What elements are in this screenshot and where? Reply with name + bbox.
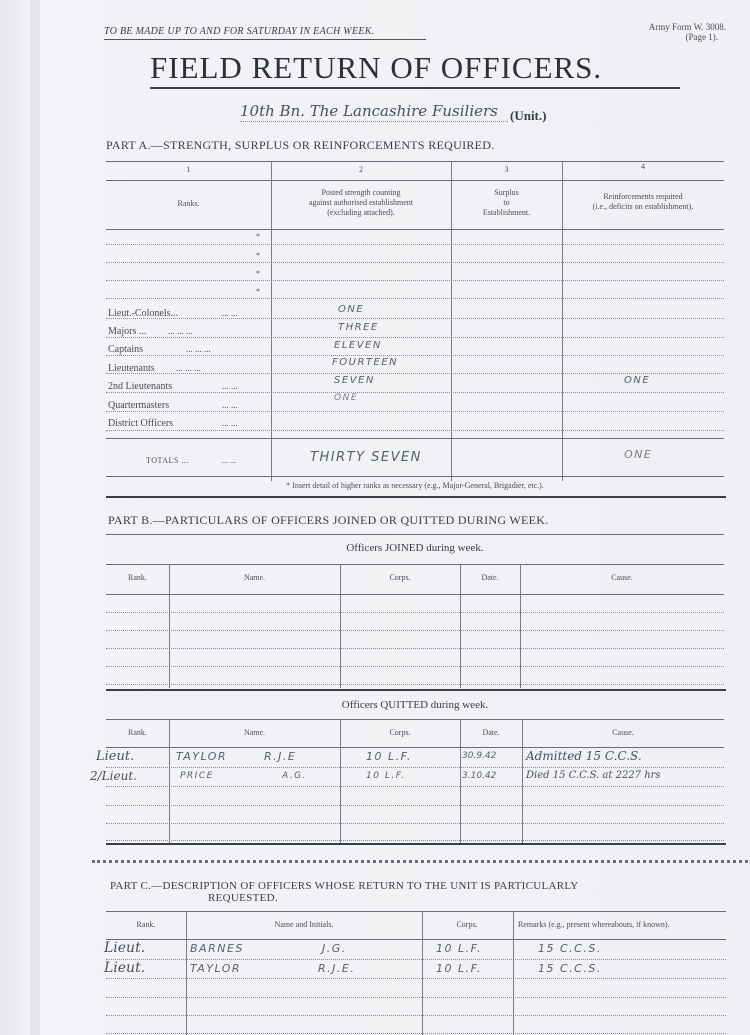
form-id-line2: (Page 1). [626,32,718,42]
part-c-row-line [106,997,726,998]
col-number-2: 2 [271,165,451,174]
row-dots [106,411,724,412]
rank-dots: ... ... [222,308,238,318]
quitted-name: PRICE [180,771,214,781]
joined-row-line [106,648,724,649]
quitted-row-line [106,840,724,841]
joined-header-rule [106,594,724,595]
quitted-cause: Died 15 C.C.S. at 2227 hrs [526,770,661,781]
form-id: Army Form W. 3008. (Page 1). [626,22,726,42]
joined-bottom-rule [106,689,726,691]
row-dots [106,298,724,299]
totals-top-rule [106,438,724,439]
page-title: FIELD RETURN OF OFFICERS. [150,50,602,86]
quitted-row-line [106,767,724,768]
quitted-initials: A.G. [282,771,307,781]
joined-vline [340,564,341,688]
col-number-4: 4 [562,162,724,171]
part-c-corps: 10 L.F. [436,942,482,955]
rank-dots: ... ... [222,381,238,391]
joined-row-line [106,630,724,631]
col-header-posted: Posted strength counting against authori… [271,188,451,218]
quitted-corps: 10 L.F. [366,771,406,781]
part-c-row-line [106,1033,726,1034]
posted-value: ELEVEN [334,340,382,351]
totals-bottom-rule [106,476,724,477]
posted-value: ONE [334,393,358,403]
form-page: TO BE MADE UP TO AND FOR SATURDAY IN EAC… [0,0,750,1035]
col-header-posted-line3: (excluding attached). [271,208,451,218]
quitted-col-date: Date. [460,728,522,737]
row-dots [106,318,724,319]
joined-row-line [106,612,724,613]
joined-row-line [106,666,724,667]
col-header-posted-line2: against authorised establishment [271,198,451,208]
quitted-col-name: Name. [169,728,340,737]
part-c-vline [186,911,187,1035]
quitted-vline [522,719,523,843]
quitted-vline [460,719,461,843]
part-c-row-line [106,1015,726,1016]
asterisk-4: * [256,287,260,296]
part-c-col-rank: Rank. [106,920,186,929]
row-dots [106,355,724,356]
unit-value: 10th Bn. The Lancashire Fusiliers [240,102,498,120]
part-c-name: TAYLOR [190,962,241,975]
part-c-col-name: Name and Initials. [186,920,422,929]
totals-label: TOTALS ... [146,456,189,465]
part-a-bottom-rule [106,496,726,498]
joined-col-name: Name. [169,573,340,582]
quitted-header-rule [106,747,724,748]
col-header-reinforcements: Reinforcements required (i.e., deficits … [562,192,724,212]
scan-streak [30,0,40,1035]
quitted-initials: R.J.E [264,750,296,763]
part-c-remarks: 15 C.C.S. [538,942,602,955]
form-id-line1: Army Form W. 3008. [626,22,726,32]
col-number-1: 1 [106,165,271,174]
part-a-vline-2 [451,161,452,481]
part-c-rank: Lieut. [104,940,145,956]
quitted-col-corps: Corps. [340,728,460,737]
part-b-top-rule [106,534,724,535]
joined-row-line [106,684,724,685]
row-dots [106,244,724,245]
part-c-heading-line2: REQUESTED. [208,892,579,904]
row-dots [106,392,724,393]
part-a-vline-3 [562,161,563,481]
totals-reinforcements-value: ONE [624,448,652,461]
asterisk-2: * [256,251,260,260]
rank-dots: ... ... [222,418,238,428]
quitted-vline [169,719,170,843]
posted-value: THREE [338,322,379,333]
rank-dots: ... ... ... [168,326,193,336]
quitted-vline [340,719,341,843]
asterisk-3: * [256,269,260,278]
unit-dotted-line [240,121,508,122]
rank-dots: ... ... [222,400,238,410]
quitted-bottom-rule [106,843,726,845]
col-number-3: 3 [451,165,562,174]
rank-label: 2nd Lieutenants [108,381,172,392]
reinforcements-value: ONE [624,375,650,386]
quitted-header-top-rule [106,719,724,720]
part-a-footnote: * Insert detail of higher ranks as neces… [106,481,724,490]
quitted-col-cause: Cause. [522,728,724,737]
unit-label: (Unit.) [510,108,546,124]
part-c-vline [513,911,514,1035]
totals-posted-value: THIRTY SEVEN [310,450,422,465]
row-dots [106,337,724,338]
instruction-text: TO BE MADE UP TO AND FOR SATURDAY IN EAC… [104,26,375,37]
part-c-heading-line1: PART C.—DESCRIPTION OF OFFICERS WHOSE RE… [110,880,579,892]
title-underline [150,87,680,89]
rank-label: Captains [108,344,143,355]
asterisk-1: * [256,232,260,241]
quitted-row-line [106,823,724,824]
joined-col-cause: Cause. [520,573,724,582]
part-b-heading: PART B.—PARTICULARS OF OFFICERS JOINED O… [108,513,549,528]
joined-col-rank: Rank. [106,573,169,582]
part-c-initials: R.J.E. [318,962,355,975]
rank-dots: ... ... ... [176,363,201,373]
posted-value: ONE [338,304,364,315]
part-c-vline [422,911,423,1035]
col-header-surplus-line3: Establishment. [451,208,562,218]
rank-label: Majors ... [108,326,146,337]
row-dots [106,280,724,281]
posted-value: SEVEN [334,375,375,386]
quitted-title: Officers QUITTED during week. [106,699,724,711]
part-a-heading: PART A.—STRENGTH, SURPLUS OR REINFORCEME… [106,138,495,153]
part-a-vline-1 [271,161,272,481]
part-c-row-line [106,978,726,979]
part-c-col-corps: Corps. [422,920,512,929]
col-header-surplus-line1: Surplus [451,188,562,198]
col-header-reinforcements-line1: Reinforcements required [562,192,724,202]
part-c-heading: PART C.—DESCRIPTION OF OFFICERS WHOSE RE… [110,880,579,904]
perforation-line [92,860,748,863]
part-c-col-remarks: Remarks (e.g., present whereabouts, if k… [518,920,728,929]
joined-header-top-rule [106,564,724,565]
quitted-row-line [106,805,724,806]
part-c-initials: J.G. [322,942,347,955]
instruction-underline [104,39,426,40]
col-header-reinforcements-line2: (i.e., deficits on establishment). [562,202,724,212]
totals-dots: ... ... [222,456,236,465]
rank-label: District Officers [108,418,173,429]
rank-dots: ... ... ... [186,344,211,354]
part-c-corps: 10 L.F. [436,962,482,975]
quitted-rank: 2/Lieut. [90,769,137,783]
posted-value: FOURTEEN [332,357,398,368]
joined-vline [520,564,521,688]
row-dots [106,430,724,431]
row-dots [106,262,724,263]
part-c-top-rule [106,911,726,912]
joined-col-date: Date. [460,573,520,582]
part-c-row-line [106,959,726,960]
part-c-header-rule [106,939,726,940]
quitted-cause: Admitted 15 C.C.S. [526,749,642,763]
quitted-rank: Lieut. [96,749,134,764]
part-c-name: BARNES [190,942,244,955]
part-c-rank: Lieut. [104,960,145,976]
joined-vline [169,564,170,688]
quitted-col-rank: Rank. [106,728,169,737]
joined-col-corps: Corps. [340,573,460,582]
col-header-surplus-line2: to [451,198,562,208]
rank-label: Quartermasters [108,400,169,411]
col-header-surplus: Surplus to Establishment. [451,188,562,218]
joined-title: Officers JOINED during week. [106,542,724,554]
col-header-posted-line1: Posted strength counting [271,188,451,198]
quitted-corps: 10 L.F. [366,750,412,763]
part-a-number-rule [106,180,724,181]
part-a-header-rule [106,229,724,230]
joined-vline [460,564,461,688]
part-c-remarks: 15 C.C.S. [538,962,602,975]
quitted-row-line [106,786,724,787]
quitted-date: 3.10.42 [462,771,496,781]
col-header-ranks: Ranks. [106,199,271,208]
quitted-name: TAYLOR [176,750,227,763]
row-dots [106,373,724,374]
quitted-date: 30.9.42 [462,751,496,761]
